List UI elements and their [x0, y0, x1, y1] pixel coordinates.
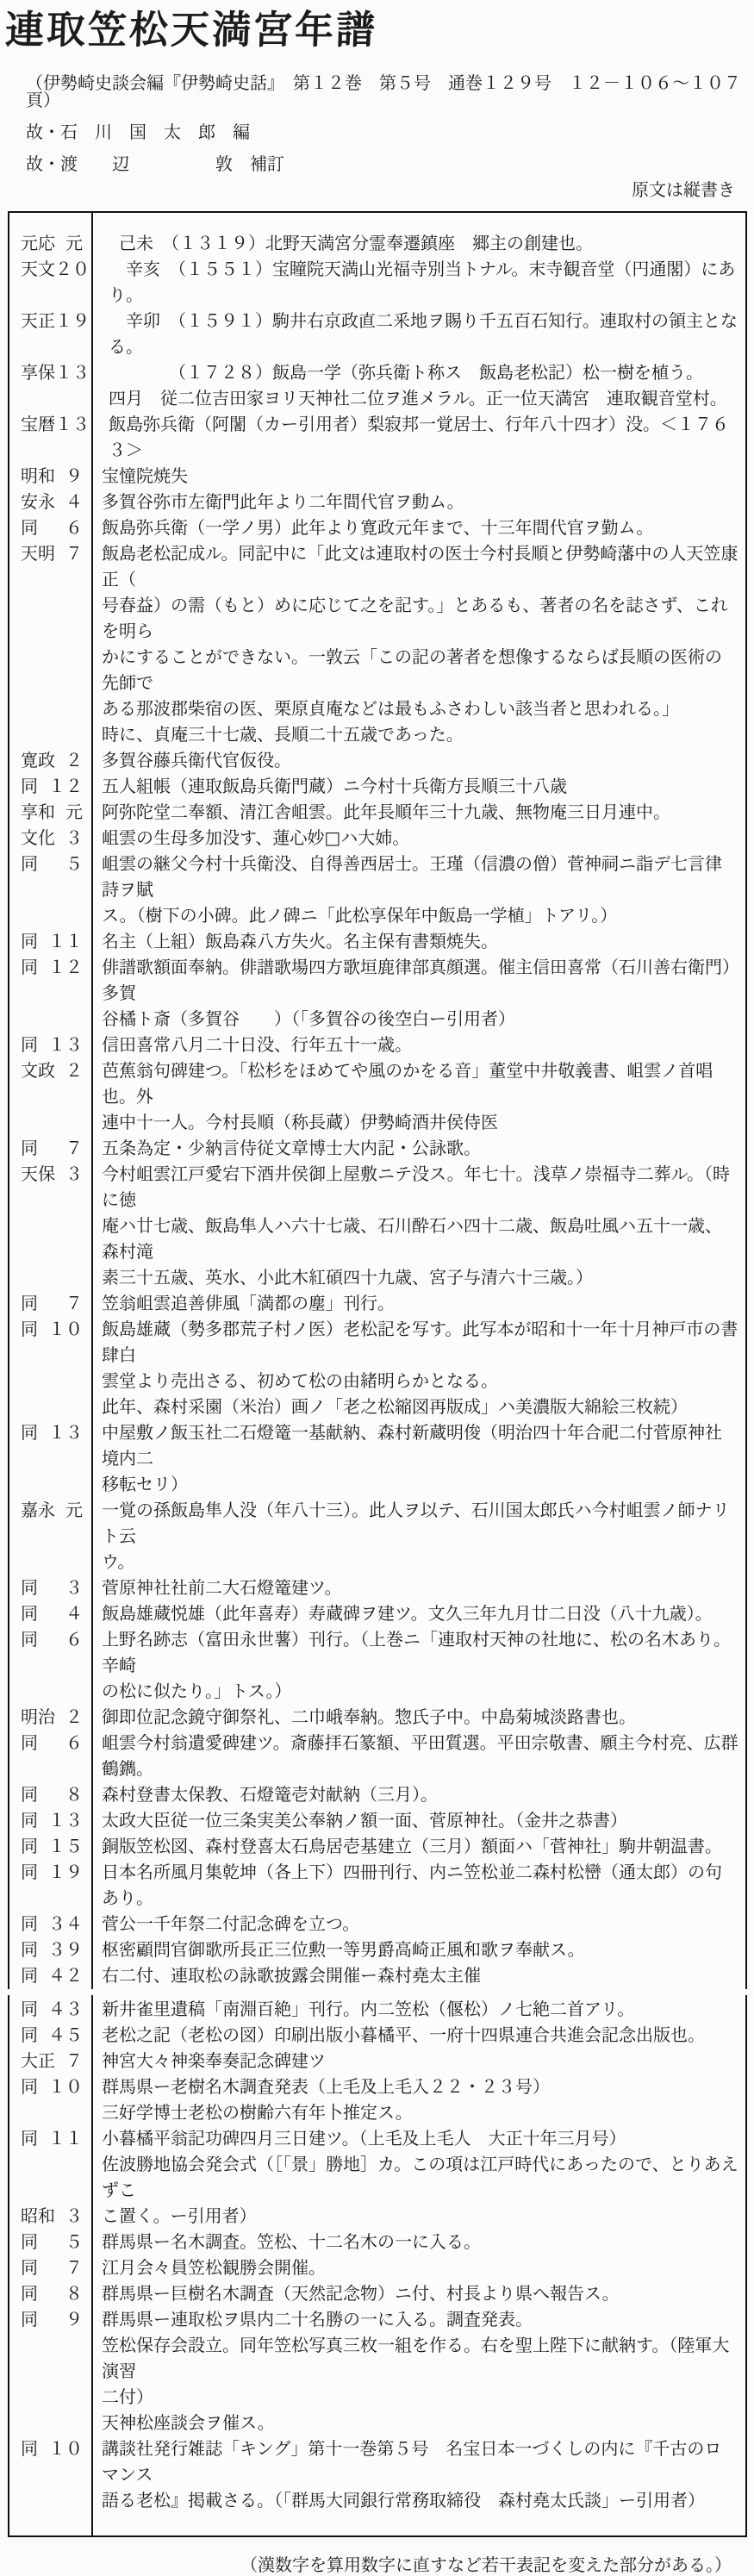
entry-line: 飯島弥兵衛（阿闍（カー引用者）梨寂邦一覚居士、行年八十四才）没。＜１７６３＞ [109, 411, 738, 463]
table-row: 同 ４５ 老松之記（老松の図）印刷出版小暮橘平、一府十四県連合共進会記念出版也。 [9, 2022, 745, 2048]
entry-content: 今村岨雲江戸愛宕下酒井侯御上屋敷ニテ没ス。年七十。浅草ノ崇福寺二葬ル。（時に徳庵… [91, 1161, 745, 1290]
era-name: 同 [21, 1833, 38, 1859]
entry-line: 庵ハ廿七歳、飯島隼人ハ六十七歳、石川酔石ハ四十二歳、飯島吐風ハ五十一歳、森村滝 [102, 1213, 738, 1264]
era-year-number: ２ [65, 747, 83, 773]
entry-line: 飯島雄蔵悦雄（此年喜寿）寿蔵碑ヲ建ツ。文久三年九月廿二日没（八十九歳）。 [102, 1600, 738, 1626]
entry-content: 飯島雄蔵（勢多郡荒子村ノ医）老松記を写す。此写本が昭和十一年十月神戸市の書肆白雲… [91, 1316, 745, 1419]
table-row: 天保 ３ 今村岨雲江戸愛宕下酒井侯御上屋敷ニテ没ス。年七十。浅草ノ崇福寺二葬ル。… [9, 1161, 745, 1290]
table-row: 同 １３ 太政大臣従一位三条実美公奉納ノ額一面、菅原神社。（金井之恭書） [9, 1807, 745, 1833]
entry-line: 群馬県ー老樹名木調査発表（上毛及上毛入２２・２３号） [102, 2074, 738, 2099]
era-year-number: １０ [48, 1316, 83, 1342]
era-cell: 同 ５ [9, 851, 91, 876]
era-name: 昭和 [21, 2203, 55, 2229]
entry-content: 銅版笠松図、森村登喜太石鳥居壱基建立（三月）額面ハ「菅神社」駒井朝温書。 [91, 1833, 745, 1859]
era-year-number: １３ [55, 359, 90, 385]
entry-content: 日本名所風月集乾坤（各上下）四冊刊行、内ニ笠松並二森村松巒（通太郎）の句あり。 [91, 1859, 745, 1911]
era-year-number: ４ [65, 1600, 83, 1626]
era-name: 同 [21, 1781, 38, 1807]
entry-line: 枢密顧問官御歌所長正三位勲一等男爵高崎正風和歌ヲ奉献ス。 [102, 1937, 738, 1962]
era-cell: 同 ７ [9, 2255, 91, 2280]
era-cell: 天文 ２０ [9, 256, 98, 282]
era-year-number: １１ [48, 928, 83, 954]
era-year-number: ８ [65, 1781, 83, 1807]
era-cell: 同 ６ [9, 1626, 91, 1652]
entry-content: 上野名跡志（富田永世薯）刊行。（上巻ニ「連取村天神の社地に、松の名木あり。辛崎の… [91, 1626, 745, 1704]
entry-content: 講談社発行雑誌「キング」第十一巻第５号 名宝日本一づくしの内に『千古のロマンス語… [91, 2436, 745, 2513]
era-name: 同 [21, 1600, 38, 1626]
entry-line: （１７２８）飯島一学（弥兵衛ト称ス 飯島老松記）松一樹を植う。 [109, 359, 738, 385]
entry-line: 岨雲今村翁遺愛碑建ツ。斎藤拝石篆額、平田質選。平田宗敬書、願主今村亮、広群鶴鐫。 [102, 1730, 738, 1781]
entry-line: 今村岨雲江戸愛宕下酒井侯御上屋敷ニテ没ス。年七十。浅草ノ崇福寺二葬ル。（時に徳 [102, 1161, 738, 1213]
era-year-number: ７ [65, 1135, 83, 1161]
era-cell: 文政 ２ [9, 1057, 91, 1083]
entry-content: 新井雀里遺稿「南淵百絶」刊行。内二笠松（偃松）ノ七絶二首アリ。 [91, 1996, 745, 2022]
entry-line: こ置く。ー引用者） [102, 2203, 738, 2229]
era-year-number: １３ [48, 1419, 83, 1445]
source-citation: （伊勢崎史談会編『伊勢崎史話』 第１２巻 第５号 通巻１２９号 １２－１０６～１… [26, 74, 754, 109]
entry-content: 御即位記念鏡守御祭礼、二巾峨奉納。惣氏子中。中島菊城淡路書也。 [91, 1704, 745, 1730]
table-row: 大正 ７ 神宮大々神楽奉奏記念碑建ツ [9, 2048, 745, 2074]
era-name: 同 [21, 2074, 38, 2099]
era-name: 同 [21, 2255, 38, 2280]
era-year-number: ７ [65, 2048, 83, 2074]
entry-line: 神宮大々神楽奉奏記念碑建ツ [102, 2048, 738, 2074]
table-row: 同 ９ 群馬県ー連取松ヲ県内二十名勝の一に入る。調査発表。笠松保存会設立。同年笠… [9, 2306, 745, 2436]
era-name: 天文 [21, 256, 55, 282]
era-year-number: ５ [65, 2229, 83, 2255]
era-name: 同 [21, 1290, 38, 1316]
era-name: 文化 [21, 825, 55, 851]
era-name: 同 [21, 1911, 38, 1937]
chronology-table: 元応 元 己未 （１３１９）北野天満宮分霊奉遷鎮座 郷主の創建也。 天文 ２０ … [8, 211, 747, 2537]
table-row: 文化 ３ 岨雲の生母多加没す、蓮心妙□ハ大姉。 [9, 825, 745, 851]
table-row: 昭和 ３ こ置く。ー引用者） [9, 2203, 745, 2229]
era-cell: 同 １１ [9, 928, 91, 954]
entry-line: 移転セリ） [102, 1471, 738, 1497]
era-name: 同 [21, 773, 38, 799]
era-year-number: １１ [48, 2125, 83, 2151]
era-year-number: ３ [65, 1161, 83, 1187]
chronology-rows: 元応 元 己未 （１３１９）北野天満宮分霊奉遷鎮座 郷主の創建也。 天文 ２０ … [9, 230, 745, 2513]
entry-line: 太政大臣従一位三条実美公奉納ノ額一面、菅原神社。（金井之恭書） [102, 1807, 738, 1833]
era-name: 同 [21, 515, 38, 540]
entry-content: 芭蕉翁句碑建つ。「松杉をほめてや風のかをる音」董堂中井敬義書、岨雲ノ首唱也。外連… [91, 1057, 745, 1135]
entry-line: 号春益）の需（もと）めに応じて之を記す。」とあるも、著者の名を誌さず、これを明ら [102, 592, 738, 644]
era-cell: 同 ３９ [9, 1937, 91, 1962]
entry-line: 此年、森村采園（米治）画ノ「老之松縮図再版成」ハ美濃版大綿絵三枚続） [102, 1394, 738, 1419]
era-cell: 同 ８ [9, 1781, 91, 1807]
entry-line: 一覚の孫飯島隼人没（年八十三）。此人ヲ以テ、石川国太郎氏ハ今村岨雲ノ師ナリト云 [102, 1497, 738, 1549]
table-row: 同 １０ 群馬県ー老樹名木調査発表（上毛及上毛入２２・２３号）三好学博士老松の樹… [9, 2074, 745, 2125]
era-year-number: ４ [65, 489, 83, 515]
entry-content: 五条為定・少納言侍従文章博士大内記・公詠歌。 [91, 1135, 745, 1161]
era-cell: 同 １２ [9, 773, 91, 799]
table-row: 同 ８ 森村登書太保教、石燈篭壱対献納（三月）。 [9, 1781, 745, 1807]
table-row: 同 ７ 五条為定・少納言侍従文章博士大内記・公詠歌。 [9, 1135, 745, 1161]
era-name: 同 [21, 1032, 38, 1057]
table-row: 宝暦 １３ 飯島弥兵衛（阿闍（カー引用者）梨寂邦一覚居士、行年八十四才）没。＜１… [9, 411, 745, 463]
era-name: 元応 [21, 230, 55, 256]
entry-line: 岨雲の生母多加没す、蓮心妙□ハ大姉。 [102, 825, 738, 851]
era-year-number: ４２ [48, 1962, 83, 1988]
era-name: 天明 [21, 540, 55, 566]
era-name: 宝暦 [21, 411, 55, 437]
era-cell: 同 １５ [9, 1833, 91, 1859]
era-cell: 同 １２ [9, 954, 91, 980]
entry-line: ス。（樹下の小碑。此ノ碑ニ「此松享保年中飯島一学植」トアリ。） [102, 902, 738, 928]
entry-line: 銅版笠松図、森村登喜太石鳥居壱基建立（三月）額面ハ「菅神社」駒井朝温書。 [102, 1833, 738, 1859]
entry-content: 群馬県ー名木調査。笠松、十二名木の一に入る。 [91, 2229, 745, 2255]
table-row: 同 １３ 中屋敷ノ飯玉社二石燈篭一基献納、森村新蔵明俊（明治四十年合祀二付菅原神… [9, 1419, 745, 1497]
entry-line: 笠松保存会設立。同年笠松写真三枚一組を作る。右を聖上陛下に献納す。（陸軍大演習 [102, 2332, 738, 2384]
era-name: 天正 [21, 308, 55, 334]
era-cell: 同 ７ [9, 1135, 91, 1161]
era-name: 同 [21, 2280, 38, 2306]
era-cell: 宝暦 １３ [9, 411, 98, 437]
table-row: 同 １１ 名主（上組）飯島森八方失火。名主保有書類焼失。 [9, 928, 745, 954]
era-cell: 同 １３ [9, 1419, 91, 1445]
table-row: 同 ７ 江月会々員笠松観勝会開催。 [9, 2255, 745, 2280]
entry-line: 辛卯 （１５９１）駒井右京政直二釆地ヲ賜り千五百石知行。連取村の領主となる。 [109, 308, 738, 359]
table-row: 天正 １９ 辛卯 （１５９１）駒井右京政直二釆地ヲ賜り千五百石知行。連取村の領主… [9, 308, 745, 359]
table-row: 享和 元 阿弥陀堂二奉額、清江舎岨雲。此年長順年三十九歳、無物庵三日月連中。 [9, 799, 745, 825]
era-name: 同 [21, 1316, 38, 1342]
era-name: 同 [21, 851, 38, 876]
era-year-number: １３ [55, 411, 90, 437]
era-year-number: １５ [48, 1833, 83, 1859]
entry-content: （１７２８）飯島一学（弥兵衛ト称ス 飯島老松記）松一樹を植う。四月 従二位吉田家… [98, 359, 745, 411]
era-name: 同 [21, 2125, 38, 2151]
era-name: 同 [21, 1937, 38, 1962]
era-name: 同 [21, 1575, 38, 1600]
era-cell: 同 ３４ [9, 1911, 91, 1937]
era-year-number: ６ [65, 515, 83, 540]
era-cell: 同 ４３ [9, 1996, 91, 2022]
era-name: 同 [21, 1730, 38, 1756]
era-year-number: ５ [65, 851, 83, 876]
era-cell: 同 ４ [9, 1600, 91, 1626]
entry-line: 多賀谷藤兵衛代官仮役。 [102, 747, 738, 773]
era-name: 大正 [21, 2048, 55, 2074]
entry-line: 小暮橘平翁記功碑四月三日建ツ。（上毛及上毛人 大正十年三月号） [102, 2125, 738, 2151]
era-year-number: ７ [65, 540, 83, 566]
orientation-note: 原文は縦書き [0, 176, 735, 201]
entry-line: 宝憧院焼失 [102, 463, 738, 489]
era-name: 同 [21, 2229, 38, 2255]
era-name: 同 [21, 1626, 38, 1652]
entry-line: かにすることができない。一敦云「この記の著者を想像するならば長順の医術の先師で [102, 644, 738, 695]
entry-content: 辛卯 （１５９１）駒井右京政直二釆地ヲ賜り千五百石知行。連取村の領主となる。 [98, 308, 745, 359]
entry-line: 三好学博士老松の樹齢六有年卜推定ス。 [102, 2099, 738, 2125]
era-name: 同 [21, 2022, 38, 2048]
editor-line-2: 故・渡 辺 敦 補訂 [26, 155, 754, 172]
era-cell: 同 １０ [9, 1316, 91, 1342]
era-name: 同 [21, 1807, 38, 1833]
era-name: 同 [21, 1996, 38, 2022]
era-cell: 同 ７ [9, 1290, 91, 1316]
era-name: 文政 [21, 1057, 55, 1083]
entry-content: 己未 （１３１９）北野天満宮分霊奉遷鎮座 郷主の創建也。 [91, 230, 745, 256]
table-row: 明治 ２ 御即位記念鏡守御祭礼、二巾峨奉納。惣氏子中。中島菊城淡路書也。 [9, 1704, 745, 1730]
era-cell: 同 １９ [9, 1859, 91, 1885]
entry-line: 菅原神社社前二大石燈篭建ツ。 [102, 1575, 738, 1600]
entry-content: 菅公一千年祭二付記念碑を立つ。 [91, 1911, 745, 1937]
era-year-number: ２ [65, 1057, 83, 1083]
page-title: 連取笠松天満宮年譜 [4, 9, 754, 52]
entry-line: 日本名所風月集乾坤（各上下）四冊刊行、内ニ笠松並二森村松巒（通太郎）の句あり。 [102, 1859, 738, 1911]
entry-content: 菅原神社社前二大石燈篭建ツ。 [91, 1575, 745, 1600]
era-year-number: 元 [65, 230, 83, 256]
entry-content: 森村登書太保教、石燈篭壱対献納（三月）。 [91, 1781, 745, 1807]
era-cell: 同 １０ [9, 2074, 91, 2099]
era-year-number: ３ [65, 1575, 83, 1600]
era-year-number: １９ [48, 1859, 83, 1885]
era-year-number: １０ [48, 2436, 83, 2461]
era-year-number: １３ [48, 1807, 83, 1833]
era-year-number: ４５ [48, 2022, 83, 2048]
footer-note: （漢数字を算用数字に直すなど若干表記を変えた部分がある。） [0, 2551, 732, 2576]
era-year-number: ６ [65, 1626, 83, 1652]
entry-line: 時に、貞庵三十七歳、長順二十五歳であった。 [102, 721, 738, 747]
table-row: 同 ５ 群馬県ー名木調査。笠松、十二名木の一に入る。 [9, 2229, 745, 2255]
era-year-number: ３４ [48, 1911, 83, 1937]
entry-content: 笠翁岨雲追善俳風「満都の塵」刊行。 [91, 1290, 745, 1316]
table-row: 同 １５ 銅版笠松図、森村登喜太石鳥居壱基建立（三月）額面ハ「菅神社」駒井朝温書… [9, 1833, 745, 1859]
entry-line: 芭蕉翁句碑建つ。「松杉をほめてや風のかをる音」董堂中井敬義書、岨雲ノ首唱也。外 [102, 1057, 738, 1109]
entry-content: 江月会々員笠松観勝会開催。 [91, 2255, 745, 2280]
era-year-number: 元 [65, 799, 83, 825]
era-cell: 安永 ４ [9, 489, 91, 515]
entry-line: 五人組帳（連取飯島兵衛門蔵）ニ今村十兵衛方長順三十八歳 [102, 773, 738, 799]
table-row: 同 １９ 日本名所風月集乾坤（各上下）四冊刊行、内ニ笠松並二森村松巒（通太郎）の… [9, 1859, 745, 1911]
entry-content: 中屋敷ノ飯玉社二石燈篭一基献納、森村新蔵明俊（明治四十年合祀二付菅原神社境内二移… [91, 1419, 745, 1497]
entry-line: ある那波郡柴宿の医、栗原貞庵などは最もふさわしい該当者と思われる。」 [102, 695, 738, 721]
era-name: 寛政 [21, 747, 55, 773]
era-name: 天保 [21, 1161, 55, 1187]
entry-content: こ置く。ー引用者） [91, 2203, 745, 2229]
entry-line: 俳譜歌額面奉納。俳譜歌場四方歌垣鹿律部真顔選。催主信田喜常（石川善右衛門）多賀 [102, 954, 738, 1006]
entry-content: 宝憧院焼失 [91, 463, 745, 489]
entry-content: 飯島老松記成ル。同記中に「此文は連取村の医士今村長順と伊勢崎藩中の人天笠康正（号… [91, 540, 745, 747]
era-cell: 享保 １３ [9, 359, 98, 385]
era-cell: 天明 ７ [9, 540, 91, 566]
era-name: 同 [21, 928, 38, 954]
era-cell: 同 ６ [9, 515, 91, 540]
entry-line: 老松之記（老松の図）印刷出版小暮橘平、一府十四県連合共進会記念出版也。 [102, 2022, 738, 2048]
table-row: 同 ５ 岨雲の継父今村十兵衛没、自得善西居士。王瑾（信濃の僧）菅神祠ニ詣デ七言律… [9, 851, 745, 928]
era-year-number: １２ [48, 954, 83, 980]
era-name: 同 [21, 2436, 38, 2461]
entry-content: 飯島弥兵衛（阿闍（カー引用者）梨寂邦一覚居士、行年八十四才）没。＜１７６３＞ [98, 411, 745, 463]
entry-line: 岨雲の継父今村十兵衛没、自得善西居士。王瑾（信濃の僧）菅神祠ニ詣デ七言律詩ヲ賦 [102, 851, 738, 902]
entry-line: 名主（上組）飯島森八方失火。名主保有書類焼失。 [102, 928, 738, 954]
entry-content: 群馬県ー巨樹名木調査（天然記念物）ニ付、村長より県へ報告ス。 [91, 2280, 745, 2306]
table-row: 同 ７ 笠翁岨雲追善俳風「満都の塵」刊行。 [9, 1290, 745, 1316]
era-name: 同 [21, 1419, 38, 1445]
era-name: 嘉永 [21, 1497, 55, 1523]
document-header: （伊勢崎史談会編『伊勢崎史話』 第１２巻 第５号 通巻１２９号 １２－１０６～１… [26, 74, 754, 172]
era-year-number: ２ [65, 1704, 83, 1730]
table-row: 明和 ９ 宝憧院焼失 [9, 463, 745, 489]
entry-line: 飯島弥兵衛（一学ノ男）此年より寛政元年まで、十三年間代官ヲ勤ム。 [102, 515, 738, 540]
era-cell: 同 ４２ [9, 1962, 91, 1988]
entry-line: 菅公一千年祭二付記念碑を立つ。 [102, 1911, 738, 1937]
table-row: 同 １３ 信田喜常八月二十日没、行年五十一歳。 [9, 1032, 745, 1057]
era-year-number: ４３ [48, 1996, 83, 2022]
era-cell: 天正 １９ [9, 308, 98, 334]
entry-line: 飯島老松記成ル。同記中に「此文は連取村の医士今村長順と伊勢崎藩中の人天笠康正（ [102, 540, 738, 592]
era-cell: 同 ５ [9, 2229, 91, 2255]
entry-line: 佐波勝地協会発会式（［「景」勝地］カ。この項は江戸時代にあったので、とりあえずこ [102, 2151, 738, 2203]
entry-content: 群馬県ー連取松ヲ県内二十名勝の一に入る。調査発表。笠松保存会設立。同年笠松写真三… [91, 2306, 745, 2436]
entry-content: 神宮大々神楽奉奏記念碑建ツ [91, 2048, 745, 2074]
table-row: 同 ８ 群馬県ー巨樹名木調査（天然記念物）ニ付、村長より県へ報告ス。 [9, 2280, 745, 2306]
era-name: 同 [21, 1135, 38, 1161]
era-year-number: １２ [48, 773, 83, 799]
era-cell: 同 １１ [9, 2125, 91, 2151]
era-name: 享保 [21, 359, 55, 385]
entry-line: 多賀谷弥市左衛門此年より二年間代官ヲ動ム。 [102, 489, 738, 515]
table-row: 文政 ２ 芭蕉翁句碑建つ。「松杉をほめてや風のかをる音」董堂中井敬義書、岨雲ノ首… [9, 1057, 745, 1135]
era-year-number: ３ [65, 825, 83, 851]
table-row: 天文 ２０ 辛亥 （１５５１）宝瞳院天満山光福寺別当トナル。末寺観音堂（円通閣）… [9, 256, 745, 308]
entry-line: 雲堂より売出さる、初めて松の由緒明らかとなる。 [102, 1368, 738, 1394]
entry-line: 御即位記念鏡守御祭礼、二巾峨奉納。惣氏子中。中島菊城淡路書也。 [102, 1704, 738, 1730]
entry-line: 二付） [102, 2384, 738, 2410]
era-name: 同 [21, 1859, 38, 1885]
era-year-number: ６ [65, 1730, 83, 1756]
entry-line: 飯島雄蔵（勢多郡荒子村ノ医）老松記を写す。此写本が昭和十一年十月神戸市の書肆白 [102, 1316, 738, 1368]
table-row: 同 ６ 上野名跡志（富田永世薯）刊行。（上巻ニ「連取村天神の社地に、松の名木あり… [9, 1626, 745, 1704]
entry-line: 谷橘ト斎（多賀谷 ）（「多賀谷の後空白ー引用者） [102, 1006, 738, 1032]
era-year-number: １３ [48, 1032, 83, 1057]
entry-line: 新井雀里遺稿「南淵百絶」刊行。内二笠松（偃松）ノ七絶二首アリ。 [102, 1996, 738, 2022]
era-cell: 同 １０ [9, 2436, 91, 2461]
era-cell: 同 ４５ [9, 2022, 91, 2048]
era-cell: 元応 元 [9, 230, 91, 256]
table-row: 同 ３４ 菅公一千年祭二付記念碑を立つ。 [9, 1911, 745, 1937]
entry-content: 多賀谷弥市左衛門此年より二年間代官ヲ動ム。 [91, 489, 745, 515]
entry-content: 五人組帳（連取飯島兵衛門蔵）ニ今村十兵衛方長順三十八歳 [91, 773, 745, 799]
table-row: 同 １１ 小暮橘平翁記功碑四月三日建ツ。（上毛及上毛人 大正十年三月号）佐波勝地… [9, 2125, 745, 2203]
entry-content: 俳譜歌額面奉納。俳譜歌場四方歌垣鹿律部真顔選。催主信田喜常（石川善右衛門）多賀谷… [91, 954, 745, 1032]
era-cell: 嘉永 元 [9, 1497, 91, 1523]
table-row: 同 １２ 俳譜歌額面奉納。俳譜歌場四方歌垣鹿律部真顔選。催主信田喜常（石川善右衛… [9, 954, 745, 1032]
era-cell: 大正 ７ [9, 2048, 91, 2074]
era-year-number: ９ [65, 463, 83, 489]
editor-line-1: 故・石 川 国 太 郎 編 [26, 123, 754, 140]
entry-content: 名主（上組）飯島森八方失火。名主保有書類焼失。 [91, 928, 745, 954]
entry-line: 天神松座談会ヲ催ス。 [102, 2410, 738, 2436]
table-row: 同 ３９ 枢密顧問官御歌所長正三位勲一等男爵高崎正風和歌ヲ奉献ス。 [9, 1937, 745, 1962]
table-row: 元応 元 己未 （１３１９）北野天満宮分霊奉遷鎮座 郷主の創建也。 [9, 230, 745, 256]
era-name: 安永 [21, 489, 55, 515]
era-cell: 昭和 ３ [9, 2203, 91, 2229]
entry-line: 己未 （１３１９）北野天満宮分霊奉遷鎮座 郷主の創建也。 [102, 230, 738, 256]
entry-line: 信田喜常八月二十日没、行年五十一歳。 [102, 1032, 738, 1057]
table-row: 同 １０ 講談社発行雑誌「キング」第十一巻第５号 名宝日本一づくしの内に『千古の… [9, 2436, 745, 2513]
era-year-number: ２０ [55, 256, 90, 282]
entry-line: 語る老松』掲載さる。（「群馬大同銀行常務取締役 森村堯太氏談」ー引用者） [102, 2487, 738, 2513]
era-cell: 寛政 ２ [9, 747, 91, 773]
entry-line: ウ。 [102, 1549, 738, 1575]
entry-line: 江月会々員笠松観勝会開催。 [102, 2255, 738, 2280]
era-year-number: ７ [65, 1290, 83, 1316]
table-row: 同 ４３ 新井雀里遺稿「南淵百絶」刊行。内二笠松（偃松）ノ七絶二首アリ。 [9, 1996, 745, 2022]
era-year-number: ３ [65, 2203, 83, 2229]
era-name: 同 [21, 954, 38, 980]
table-row: 同 １０ 飯島雄蔵（勢多郡荒子村ノ医）老松記を写す。此写本が昭和十一年十月神戸市… [9, 1316, 745, 1419]
entry-line: 五条為定・少納言侍従文章博士大内記・公詠歌。 [102, 1135, 738, 1161]
table-row: 安永 ４ 多賀谷弥市左衛門此年より二年間代官ヲ動ム。 [9, 489, 745, 515]
era-year-number: １０ [48, 2074, 83, 2099]
era-name: 明和 [21, 463, 55, 489]
scanned-document-page: 連取笠松天満宮年譜 （伊勢崎史談会編『伊勢崎史話』 第１２巻 第５号 通巻１２９… [0, 0, 754, 2576]
entry-line: 群馬県ー巨樹名木調査（天然記念物）ニ付、村長より県へ報告ス。 [102, 2280, 738, 2306]
table-row: 同 ６ 飯島弥兵衛（一学ノ男）此年より寛政元年まで、十三年間代官ヲ勤ム。 [9, 515, 745, 540]
era-year-number: １９ [55, 308, 90, 334]
entry-line: 上野名跡志（富田永世薯）刊行。（上巻ニ「連取村天神の社地に、松の名木あり。辛崎 [102, 1626, 738, 1678]
entry-content: 右二付、連取松の詠歌披露会開催ー森村堯太主催 [91, 1962, 745, 1988]
era-cell: 同 １３ [9, 1807, 91, 1833]
era-cell: 同 １３ [9, 1032, 91, 1057]
entry-line: 辛亥 （１５５１）宝瞳院天満山光福寺別当トナル。末寺観音堂（円通閣）にあり。 [109, 256, 738, 308]
entry-content: 太政大臣従一位三条実美公奉納ノ額一面、菅原神社。（金井之恭書） [91, 1807, 745, 1833]
era-year-number: ９ [65, 2306, 83, 2332]
table-row: 享保 １３ （１７２８）飯島一学（弥兵衛ト称ス 飯島老松記）松一樹を植う。四月 … [9, 359, 745, 411]
era-cell: 文化 ３ [9, 825, 91, 851]
era-cell: 同 ９ [9, 2306, 91, 2332]
entry-content: 枢密顧問官御歌所長正三位勲一等男爵高崎正風和歌ヲ奉献ス。 [91, 1937, 745, 1962]
entry-content: 多賀谷藤兵衛代官仮役。 [91, 747, 745, 773]
era-cell: 同 ８ [9, 2280, 91, 2306]
era-year-number: ７ [65, 2255, 83, 2280]
era-year-number: ８ [65, 2280, 83, 2306]
table-row: 同 ４２ 右二付、連取松の詠歌披露会開催ー森村堯太主催 [9, 1962, 745, 1988]
table-row: 寛政 ２ 多賀谷藤兵衛代官仮役。 [9, 747, 745, 773]
entry-line: 右二付、連取松の詠歌披露会開催ー森村堯太主催 [102, 1962, 738, 1988]
entry-content: 飯島弥兵衛（一学ノ男）此年より寛政元年まで、十三年間代官ヲ勤ム。 [91, 515, 745, 540]
entry-content: 岨雲今村翁遺愛碑建ツ。斎藤拝石篆額、平田質選。平田宗敬書、願主今村亮、広群鶴鐫。 [91, 1730, 745, 1781]
entry-content: 信田喜常八月二十日没、行年五十一歳。 [91, 1032, 745, 1057]
entry-content: 岨雲の継父今村十兵衛没、自得善西居士。王瑾（信濃の僧）菅神祠ニ詣デ七言律詩ヲ賦ス… [91, 851, 745, 928]
entry-content: 群馬県ー老樹名木調査発表（上毛及上毛入２２・２３号）三好学博士老松の樹齢六有年卜… [91, 2074, 745, 2125]
entry-content: 岨雲の生母多加没す、蓮心妙□ハ大姉。 [91, 825, 745, 851]
era-cell: 同 ６ [9, 1730, 91, 1756]
entry-content: 一覚の孫飯島隼人没（年八十三）。此人ヲ以テ、石川国太郎氏ハ今村岨雲ノ師ナリト云ウ… [91, 1497, 745, 1575]
entry-content: 辛亥 （１５５１）宝瞳院天満山光福寺別当トナル。末寺観音堂（円通閣）にあり。 [98, 256, 745, 308]
era-name: 享和 [21, 799, 55, 825]
entry-line: の松に似たり。」トス。） [102, 1678, 738, 1704]
era-year-number: 元 [65, 1497, 83, 1523]
entry-line: 笠翁岨雲追善俳風「満都の塵」刊行。 [102, 1290, 738, 1316]
era-cell: 明和 ９ [9, 463, 91, 489]
entry-line: 素三十五歳、英水、小此木紅碩四十九歳、宮子与清六十三歳。） [102, 1264, 738, 1290]
era-cell: 天保 ３ [9, 1161, 91, 1187]
era-year-number: ３９ [48, 1937, 83, 1962]
era-name: 同 [21, 1962, 38, 1988]
era-name: 明治 [21, 1704, 55, 1730]
entry-content: 阿弥陀堂二奉額、清江舎岨雲。此年長順年三十九歳、無物庵三日月連中。 [91, 799, 745, 825]
era-name: 同 [21, 2306, 38, 2332]
entry-line: 四月 従二位吉田家ヨリ天神社二位ヲ進メラル。正一位天満宮 連取観音堂村。 [109, 385, 738, 411]
table-row: 同 ３ 菅原神社社前二大石燈篭建ツ。 [9, 1575, 745, 1600]
entry-line: 森村登書太保教、石燈篭壱対献納（三月）。 [102, 1781, 738, 1807]
entry-line: 中屋敷ノ飯玉社二石燈篭一基献納、森村新蔵明俊（明治四十年合祀二付菅原神社境内二 [102, 1419, 738, 1471]
era-column-divider [91, 213, 93, 2535]
entry-content: 飯島雄蔵悦雄（此年喜寿）寿蔵碑ヲ建ツ。文久三年九月廿二日没（八十九歳）。 [91, 1600, 745, 1626]
era-cell: 享和 元 [9, 799, 91, 825]
